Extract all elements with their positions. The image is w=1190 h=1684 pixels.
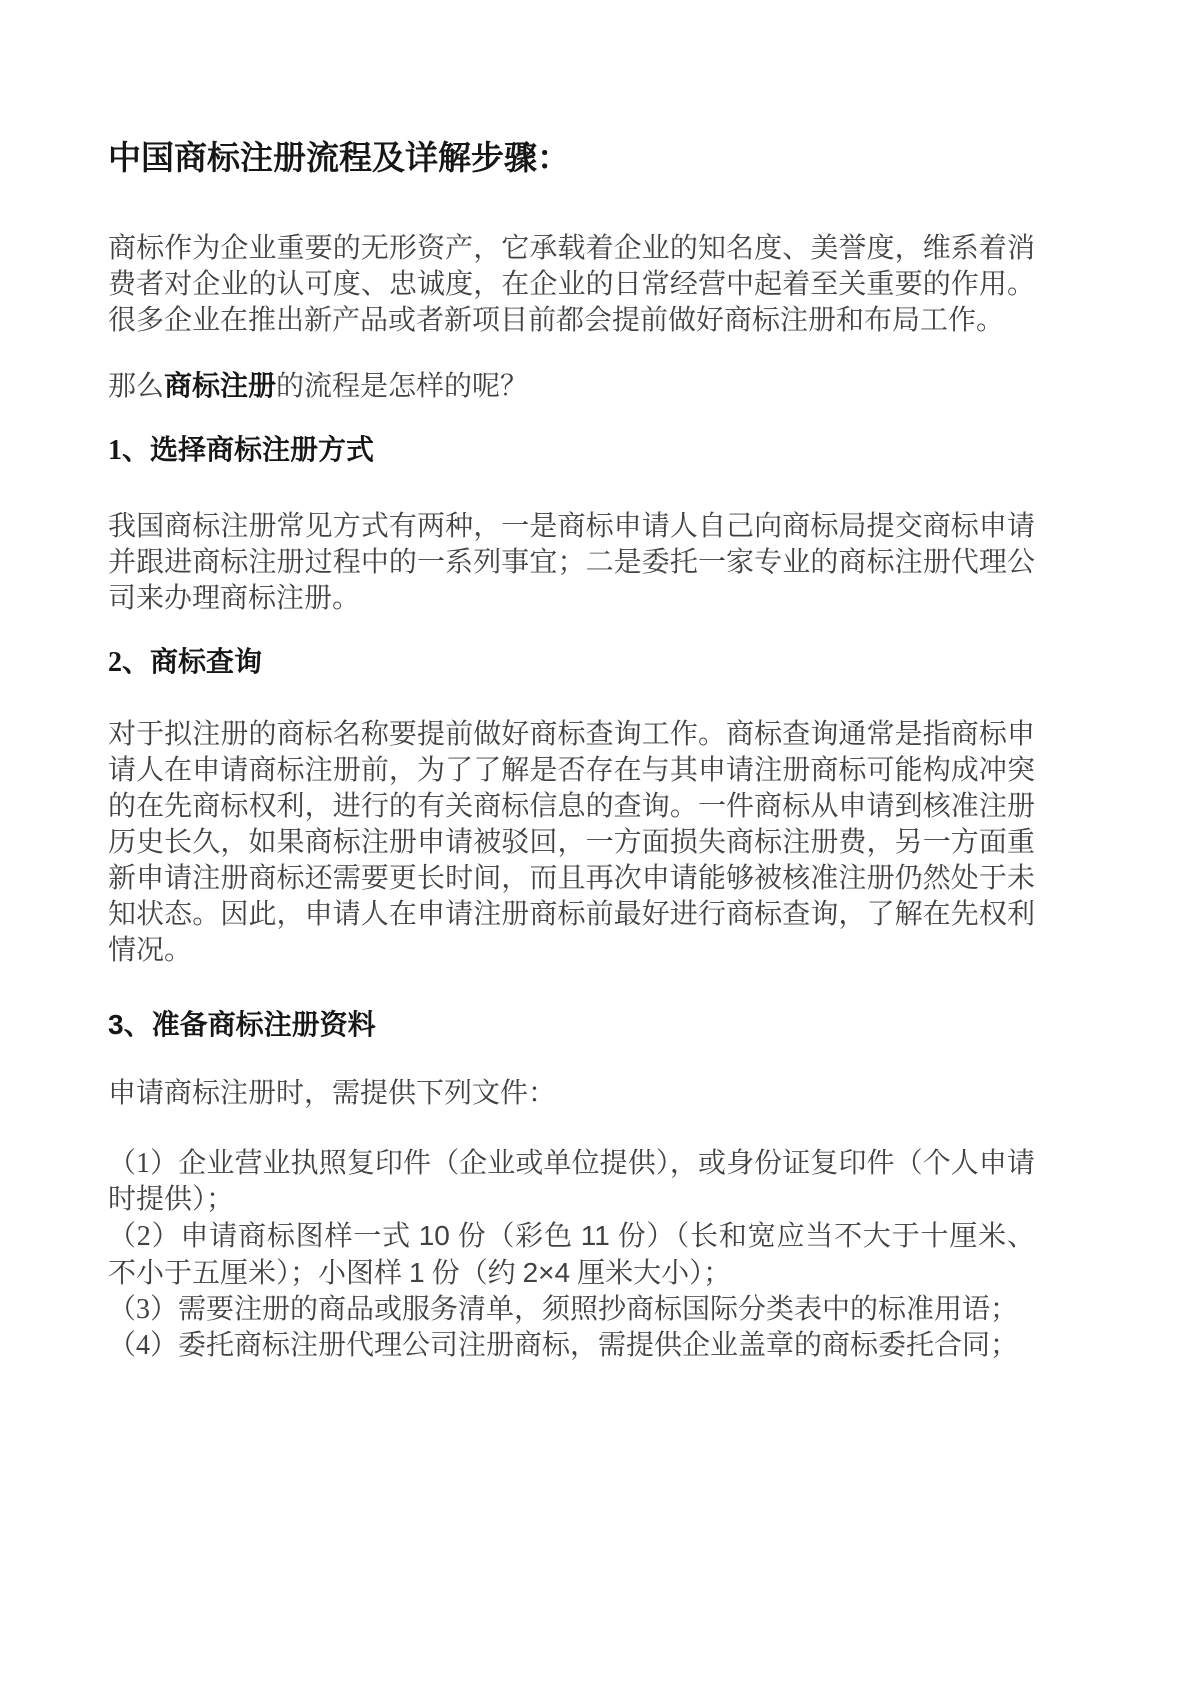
section-2-body: 对于拟注册的商标名称要提前做好商标查询工作。商标查询通常是指商标申请人在申请商标… bbox=[108, 717, 1035, 969]
section-1-heading: 1、选择商标注册方式 bbox=[108, 433, 1035, 469]
section-1-body: 我国商标注册常见方式有两种，一是商标申请人自己向商标局提交商标申请并跟进商标注册… bbox=[108, 509, 1035, 617]
section-2-heading: 2、商标查询 bbox=[108, 645, 1035, 681]
page-title: 中国商标注册流程及详解步骤： bbox=[108, 138, 1035, 181]
list-item: （2）申请商标图样一式 10 份（彩色 11 份）（长和宽应当不大于十厘米、不小… bbox=[108, 1218, 1035, 1292]
section-3-intro: 申请商标注册时，需提供下列文件： bbox=[108, 1076, 1035, 1112]
list-item: （3）需要注册的商品或服务清单，须照抄商标国际分类表中的标准用语； bbox=[108, 1292, 1035, 1328]
document-page: 中国商标注册流程及详解步骤： 商标作为企业重要的无形资产，它承载着企业的知名度、… bbox=[0, 0, 1190, 1684]
list-item: （1）企业营业执照复印件（企业或单位提供），或身份证复印件（个人申请时提供）； bbox=[108, 1146, 1035, 1218]
list-item: （4）委托商标注册代理公司注册商标，需提供企业盖章的商标委托合同； bbox=[108, 1328, 1035, 1364]
intro-paragraph: 商标作为企业重要的无形资产，它承载着企业的知名度、美誉度，维系着消费者对企业的认… bbox=[108, 231, 1035, 339]
required-documents-list: （1）企业营业执照复印件（企业或单位提供），或身份证复印件（个人申请时提供）； … bbox=[108, 1146, 1035, 1364]
question-line: 那么商标注册的流程是怎样的呢？ bbox=[108, 369, 1035, 405]
section-3-heading: 3、准备商标注册资料 bbox=[108, 1007, 1035, 1044]
